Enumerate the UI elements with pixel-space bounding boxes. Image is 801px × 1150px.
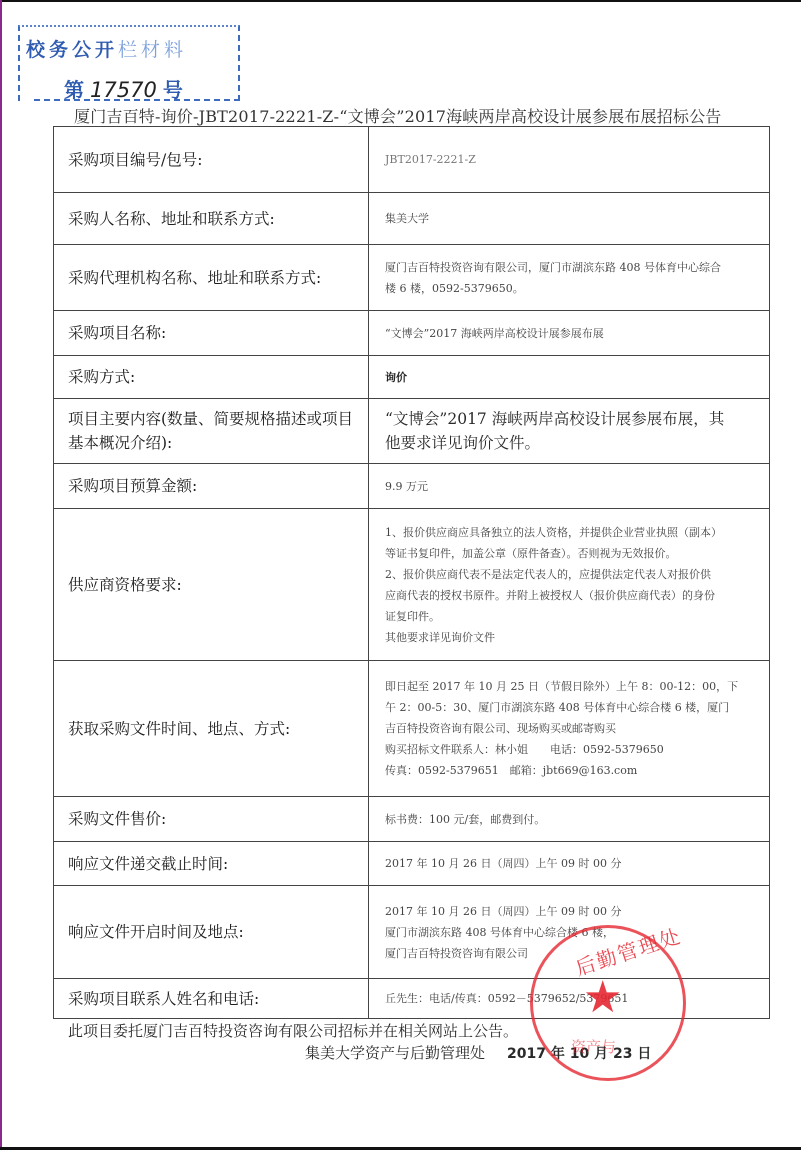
table-row-document-acquisition: 获取采购文件时间、地点、方式: 即日起至 2017 年 10 月 25 日（节假…	[54, 661, 770, 797]
issuer-name: 集美大学资产与后勤管理处	[305, 1044, 485, 1062]
issuer-signature: 集美大学资产与后勤管理处2017 年 10 月 23 日	[305, 1042, 651, 1063]
value-line: 传真：0592-5379651 邮箱：jbt669@163.com	[385, 760, 755, 781]
table-row-document-price: 采购文件售价: 标书费：100 元/套，邮费到付。	[54, 797, 770, 842]
table-row-opening-time-place: 响应文件开启时间及地点: 2017 年 10 月 26 日（周四）上午 09 时…	[54, 886, 770, 979]
archive-stamp-title: 校务公开栏材料	[26, 35, 187, 62]
value-line: 午 2：00-5：30、厦门市湖滨东路 408 号体育中心综合楼 6 楼，厦门	[385, 697, 755, 718]
value-line: 2、报价供应商代表不是法定代表人的，应提供法定代表人对报价供	[385, 564, 755, 585]
scan-left-edge	[0, 0, 2, 1150]
row-value: JBT2017-2221-Z	[369, 127, 770, 193]
row-value: 丘先生：电话/传真：0592－5379652/5379651	[369, 979, 770, 1019]
value-line: 证复印件。	[385, 606, 755, 627]
row-label: 供应商资格要求:	[54, 509, 369, 661]
row-label: 项目主要内容(数量、简要规格描述或项目基本概况介绍):	[54, 399, 369, 464]
row-label: 采购项目名称:	[54, 311, 369, 356]
value-line: 询价	[385, 367, 755, 388]
table-row-procurement-method: 采购方式: 询价	[54, 356, 770, 399]
row-label: 获取采购文件时间、地点、方式:	[54, 661, 369, 797]
archive-stamp: 校务公开栏材料 第17570号	[18, 25, 240, 101]
value-line: 厦门吉百特投资咨询有限公司	[385, 943, 755, 964]
value-line: 9.9 万元	[385, 476, 755, 497]
row-value: 标书费：100 元/套，邮费到付。	[369, 797, 770, 842]
value-line: 其他要求详见询价文件	[385, 627, 755, 648]
table-row-submission-deadline: 响应文件递交截止时间: 2017 年 10 月 26 日（周四）上午 09 时 …	[54, 842, 770, 886]
row-value: 即日起至 2017 年 10 月 25 日（节假日除外）上午 8：00-12：0…	[369, 661, 770, 797]
value-line: 2017 年 10 月 26 日（周四）上午 09 时 00 分	[385, 901, 755, 922]
value-line: “文博会”2017 海峡两岸高校设计展参展布展，其	[385, 407, 755, 431]
row-label: 采购项目预算金额:	[54, 464, 369, 509]
row-value: 厦门吉百特投资咨询有限公司，厦门市湖滨东路 408 号体育中心综合 楼 6 楼，…	[369, 245, 770, 311]
value-line: 他要求详见询价文件。	[385, 431, 755, 455]
value-line: 厦门市湖滨东路 408 号体育中心综合楼 6 楼，	[385, 922, 755, 943]
value-line: 即日起至 2017 年 10 月 25 日（节假日除外）上午 8：00-12：0…	[385, 676, 755, 697]
value-line: “文博会”2017 海峡两岸高校设计展参展布展	[385, 323, 755, 344]
row-value: 询价	[369, 356, 770, 399]
value-line: 楼 6 楼，0592-5379650。	[385, 278, 755, 299]
row-value: 2017 年 10 月 26 日（周四）上午 09 时 00 分	[369, 842, 770, 886]
table-row-purchaser: 采购人名称、地址和联系方式: 集美大学	[54, 193, 770, 245]
value-line: 吉百特投资咨询有限公司、现场购买或邮寄购买	[385, 718, 755, 739]
delegation-note: 此项目委托厦门吉百特投资咨询有限公司招标并在相关网站上公告。	[68, 1020, 518, 1041]
issue-date: 2017 年 10 月 23 日	[507, 1046, 651, 1062]
value-line: 2017 年 10 月 26 日（周四）上午 09 时 00 分	[385, 853, 755, 874]
row-value: “文博会”2017 海峡两岸高校设计展参展布展	[369, 311, 770, 356]
row-label: 采购项目联系人姓名和电话:	[54, 979, 369, 1019]
stamp-title-faded: 栏材料	[118, 39, 187, 61]
table-row-project-name: 采购项目名称: “文博会”2017 海峡两岸高校设计展参展布展	[54, 311, 770, 356]
row-value: 1、报价供应商应具备独立的法人资格，并提供企业营业执照（副本） 等证书复印件，加…	[369, 509, 770, 661]
table-row-contact: 采购项目联系人姓名和电话: 丘先生：电话/传真：0592－5379652/537…	[54, 979, 770, 1019]
value-line: 等证书复印件，加盖公章（原件备查）。否则视为无效报价。	[385, 543, 755, 564]
row-label: 响应文件递交截止时间:	[54, 842, 369, 886]
value-line: 1、报价供应商应具备独立的法人资格，并提供企业营业执照（副本）	[385, 522, 755, 543]
row-label: 响应文件开启时间及地点:	[54, 886, 369, 979]
value-line: 购买招标文件联系人：林小姐 电话：0592-5379650	[385, 739, 755, 760]
row-value: 9.9 万元	[369, 464, 770, 509]
value-line: 厦门吉百特投资咨询有限公司，厦门市湖滨东路 408 号体育中心综合	[385, 257, 755, 278]
procurement-notice-table: 采购项目编号/包号: JBT2017-2221-Z 采购人名称、地址和联系方式:…	[53, 126, 770, 1019]
value-line: 集美大学	[385, 208, 755, 229]
row-label: 采购代理机构名称、地址和联系方式:	[54, 245, 369, 311]
table-row-project-number: 采购项目编号/包号: JBT2017-2221-Z	[54, 127, 770, 193]
row-label: 采购人名称、地址和联系方式:	[54, 193, 369, 245]
document-title: 厦门吉百特-询价-JBT2017-2221-Z-“文博会”2017海峡两岸高校设…	[74, 104, 774, 127]
row-value: 集美大学	[369, 193, 770, 245]
table-row-main-content: 项目主要内容(数量、简要规格描述或项目基本概况介绍): “文博会”2017 海峡…	[54, 399, 770, 464]
value-line: 丘先生：电话/传真：0592－5379652/5379651	[385, 988, 755, 1009]
table-row-agency: 采购代理机构名称、地址和联系方式: 厦门吉百特投资咨询有限公司，厦门市湖滨东路 …	[54, 245, 770, 311]
scan-top-edge	[0, 0, 801, 2]
row-label: 采购文件售价:	[54, 797, 369, 842]
row-value: “文博会”2017 海峡两岸高校设计展参展布展，其 他要求详见询价文件。	[369, 399, 770, 464]
row-label: 采购方式:	[54, 356, 369, 399]
value-line: 应商代表的授权书原件。并附上被授权人（报价供应商代表）的身份	[385, 585, 755, 606]
stamp-title-strong: 校务公开	[26, 39, 118, 61]
table-row-supplier-qualification: 供应商资格要求: 1、报价供应商应具备独立的法人资格，并提供企业营业执照（副本）…	[54, 509, 770, 661]
stamp-border-bottom	[34, 99, 240, 101]
value-line: 标书费：100 元/套，邮费到付。	[385, 809, 755, 830]
value-line: JBT2017-2221-Z	[385, 149, 755, 170]
table-row-budget: 采购项目预算金额: 9.9 万元	[54, 464, 770, 509]
row-label: 采购项目编号/包号:	[54, 127, 369, 193]
row-value: 2017 年 10 月 26 日（周四）上午 09 时 00 分 厦门市湖滨东路…	[369, 886, 770, 979]
